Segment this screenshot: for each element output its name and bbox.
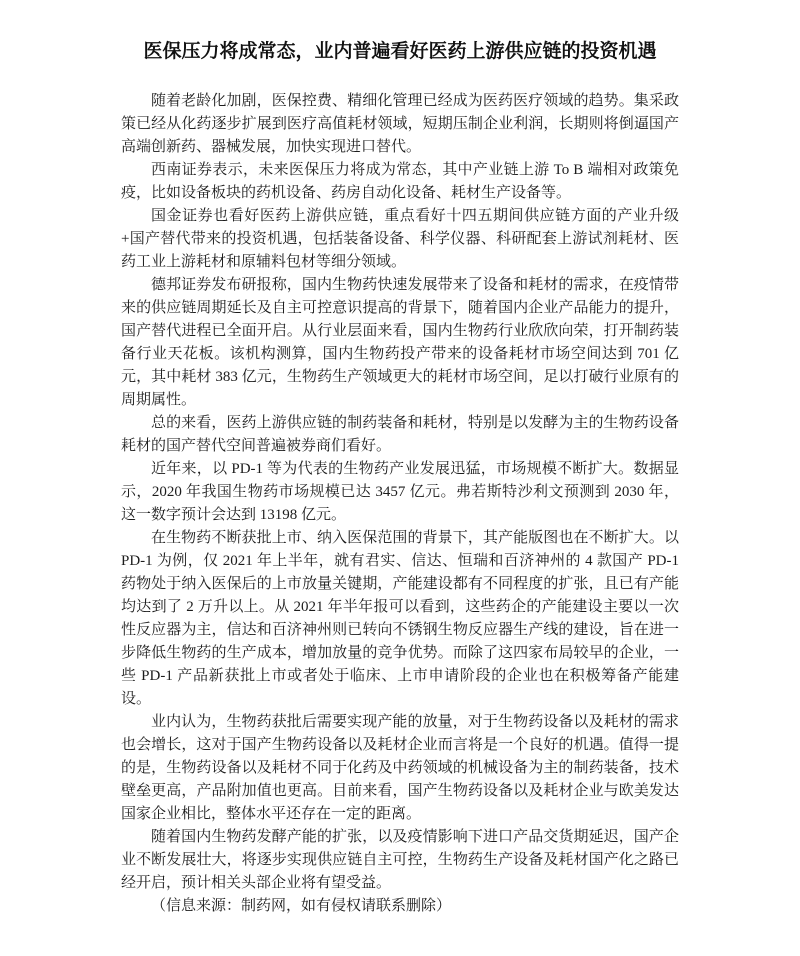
article-title: 医保压力将成常态，业内普遍看好医药上游供应链的投资机遇 bbox=[121, 39, 679, 65]
article-body: 随着老龄化加剧，医保控费、精细化管理已经成为医药医疗领域的趋势。集采政策已经从化… bbox=[121, 90, 679, 918]
article-paragraph: 总的来看，医药上游供应链的制药装备和耗材，特别是以发酵为主的生物药设备耗材的国产… bbox=[121, 412, 679, 458]
article-paragraph: 随着老龄化加剧，医保控费、精细化管理已经成为医药医疗领域的趋势。集采政策已经从化… bbox=[121, 90, 679, 159]
article-paragraph: 西南证券表示，未来医保压力将成为常态，其中产业链上游 To B 端相对政策免疫，… bbox=[121, 159, 679, 205]
article-paragraph: 在生物药不断获批上市、纳入医保范围的背景下，其产能版图也在不断扩大。以 PD-1… bbox=[121, 527, 679, 711]
article-paragraph: 近年来，以 PD-1 等为代表的生物药产业发展迅猛，市场规模不断扩大。数据显示，… bbox=[121, 458, 679, 527]
article-paragraph: 德邦证券发布研报称，国内生物药快速发展带来了设备和耗材的需求，在疫情带来的供应链… bbox=[121, 274, 679, 412]
article-paragraph: 随着国内生物药发酵产能的扩张，以及疫情影响下进口产品交货期延迟，国产企业不断发展… bbox=[121, 826, 679, 895]
document-page: 医保压力将成常态，业内普遍看好医药上游供应链的投资机遇 随着老龄化加剧，医保控费… bbox=[0, 0, 800, 956]
article-paragraph: 国金证券也看好医药上游供应链，重点看好十四五期间供应链方面的产业升级+国产替代带… bbox=[121, 205, 679, 274]
article-source-note: （信息来源：制药网，如有侵权请联系删除） bbox=[121, 895, 679, 918]
article-paragraph: 业内认为，生物药获批后需要实现产能的放量，对于生物药设备以及耗材的需求也会增长，… bbox=[121, 711, 679, 826]
